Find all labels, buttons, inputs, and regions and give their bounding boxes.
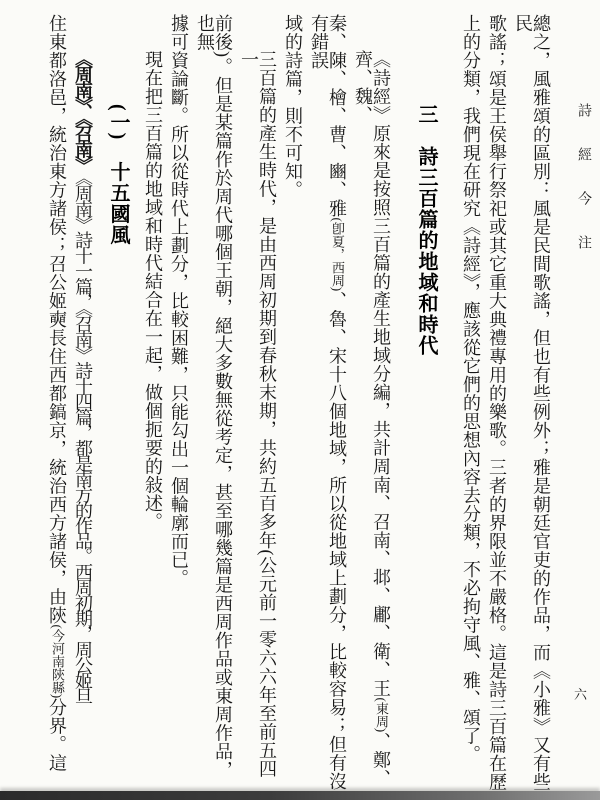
text-columns: 總之，風雅頌的區別：風是民間歌謠，但也有些例外；雅是朝廷官吏的作品，而《小雅》又… (4, 14, 558, 792)
column-text: 《周南》、《召南》 (73, 50, 93, 163)
page-bottom-scan-edge (0, 791, 600, 800)
section-heading: 三 詩三百篇的地域和時代 (416, 14, 436, 792)
column-14: 住東都洛邑，統治東方諸侯；召公姬奭長住西都鎬京，統治西方諸侯，由陝(今河南陝縣)… (48, 14, 66, 792)
inline-annotation: (東周) (374, 698, 389, 733)
column-10: 據可資論斷。所以從時代上劃分，比較困難，只能勾出一個輪廓而已。 (170, 14, 188, 792)
inline-annotation: (卽夏，西周) (330, 218, 345, 292)
page-number: 六 (574, 688, 587, 701)
column-text: 歌謠；頌是王侯舉行祭祀或其它重大典禮專用的樂歌。三者的界限並不嚴格。這是詩三百篇… (487, 14, 507, 791)
column-7: 域的詩篇，則不可知。 (284, 14, 302, 792)
column-text: 《詩經》原來是按照三百篇的產生地域分編，共計周南、召南、邶、鄘、衛、王 (371, 50, 391, 698)
column-5: 《詩經》原來是按照三百篇的產生地域分編，共計周南、召南、邶、鄘、衛、王(東周)、… (354, 14, 390, 792)
running-head-title: 詩經今注 (576, 103, 590, 279)
column-text: 三 詩三百篇的地域和時代 (415, 104, 437, 356)
column-text: 前後)。但是某篇作於周代哪個王朝，絕大多數無從考定，甚至哪幾篇是西周作品或東周作… (195, 14, 233, 779)
column-text: 《周南》詩十一篇，《召南》詩十四篇，都是南方的作品。西周初期，周公姬旦 (73, 163, 93, 703)
column-9: 前後)。但是某篇作於周代哪個王朝，絕大多數無從考定，甚至哪幾篇是西周作品或東周作… (196, 14, 232, 792)
column-text: 分界。這 (47, 698, 67, 772)
column-text: 三百篇的產生時代，是由西周初期到春秋末期，共約五百多年(公元前一零六六年至前五四… (239, 50, 277, 778)
column-6: 秦、陳、檜、曹、豳、雅(卽夏，西周)、魯、宋十八個地域，所以從地域上劃分，比較容… (310, 14, 346, 792)
column-text: 域的詩篇，則不可知。 (283, 14, 303, 199)
subsection-heading: (一) 十五國風 (108, 14, 128, 792)
column-13: 《周南》、《召南》 《周南》詩十一篇，《召南》詩十四篇，都是南方的作品。西周初期… (74, 14, 92, 792)
inline-annotation: (今河南陝縣) (50, 625, 65, 699)
column-text: (一) 十五國風 (107, 104, 129, 245)
column-text: 總之，風雅頌的區別：風是民間歌謠，但也有些例外；雅是朝廷官吏的作品，而《小雅》又… (513, 14, 551, 791)
column-text: 現在把三百篇的地域和時代結合在一起，做個扼要的敍述。 (143, 50, 163, 531)
book-page: 詩經今注 六 總之，風雅頌的區別：風是民間歌謠，但也有些例外；雅是朝廷官吏的作品… (0, 0, 600, 800)
column-2: 歌謠；頌是王侯舉行祭祀或其它重大典禮專用的樂歌。三者的界限並不嚴格。這是詩三百篇… (488, 14, 506, 792)
column-text: 據可資論斷。所以從時代上劃分，比較困難，只能勾出一個輪廓而已。 (169, 14, 189, 588)
column-text: 住東都洛邑，統治東方諸侯；召公姬奭長住西都鎬京，統治西方諸侯，由陝 (47, 14, 67, 625)
column-text: 秦、陳、檜、曹、豳、雅 (327, 14, 347, 218)
column-1: 總之，風雅頌的區別：風是民間歌謠，但也有些例外；雅是朝廷官吏的作品，而《小雅》又… (514, 14, 550, 792)
column-8: 三百篇的產生時代，是由西周初期到春秋末期，共約五百多年(公元前一零六六年至前五四… (240, 14, 276, 792)
column-11: 現在把三百篇的地域和時代結合在一起，做個扼要的敍述。 (144, 14, 162, 792)
column-text: 上的分類，我們現在研究《詩經》，應該從它們的思想內容去分類，不必拘守風、雅、頌了… (461, 14, 481, 764)
column-3: 上的分類，我們現在研究《詩經》，應該從它們的思想內容去分類，不必拘守風、雅、頌了… (462, 14, 480, 792)
